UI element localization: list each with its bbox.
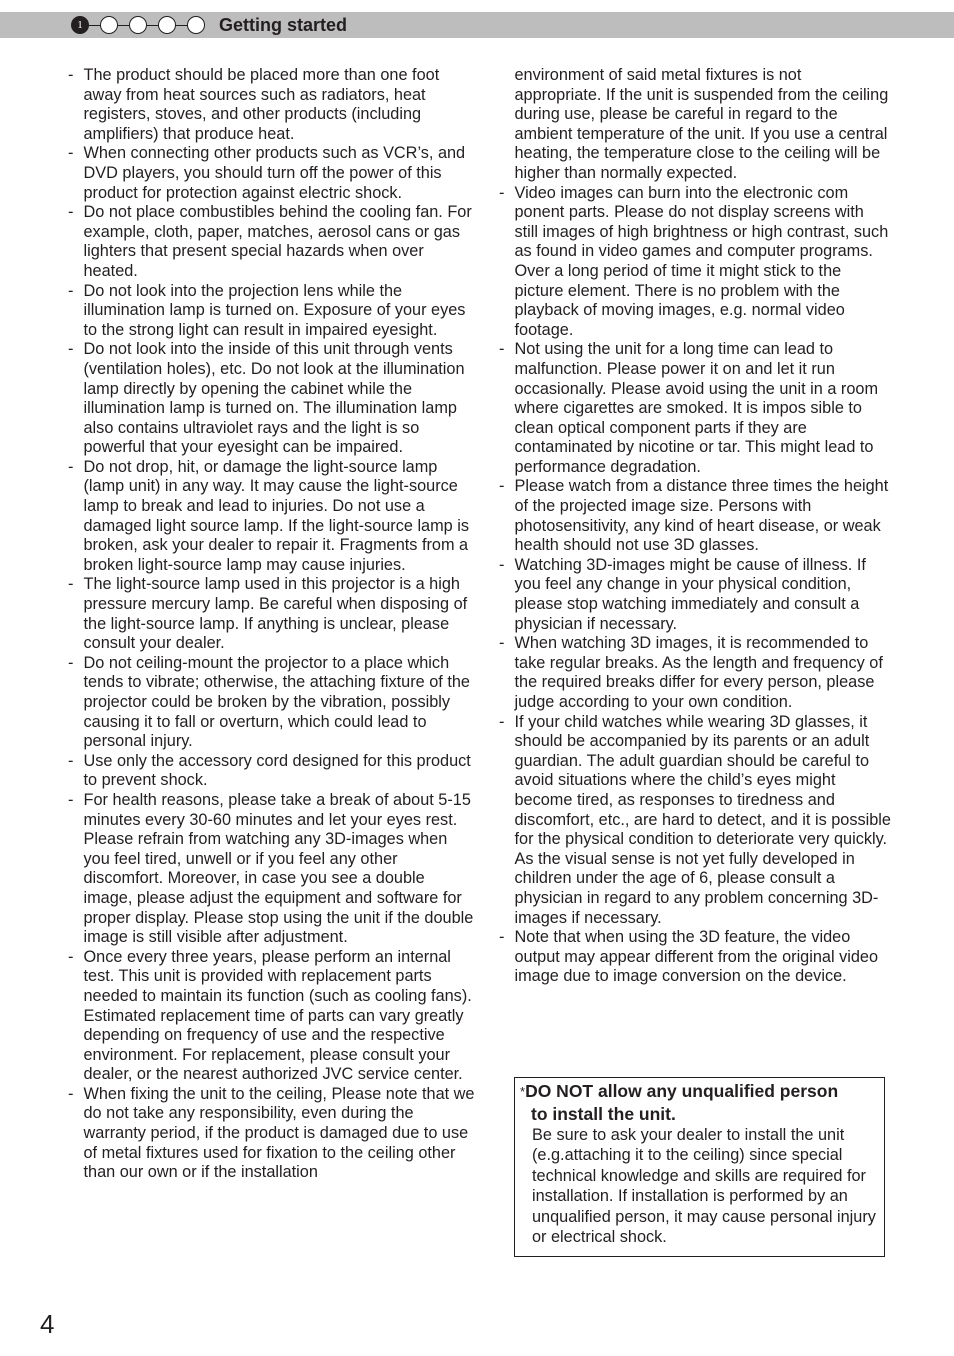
list-item-text: Do not look into the projection lens whi… [84, 282, 466, 339]
list-item-text: Use only the accessory cord designed for… [84, 752, 471, 790]
bullet-dash: - [499, 184, 504, 204]
list-item-text: Watching 3D-images might be cause of ill… [515, 556, 866, 633]
list-item: -Do not drop, hit, or damage the light-s… [68, 458, 478, 576]
list-item: -When watching 3D images, it is recommen… [499, 634, 891, 712]
bullet-dash: - [68, 791, 73, 811]
notice-title: *DO NOT allow any unqualified person to … [520, 1080, 880, 1126]
bullet-dash: - [499, 477, 504, 497]
bullet-dash: - [499, 340, 504, 360]
bullet-dash: - [68, 282, 73, 302]
bullet-dash: - [499, 928, 504, 948]
list-item: -When fixing the unit to the ceiling, Pl… [68, 1085, 478, 1183]
list-item: -Video images can burn into the electron… [499, 184, 891, 341]
list-item: -Do not look into the projection lens wh… [68, 282, 478, 341]
list-item-text: The product should be placed more than o… [84, 66, 440, 143]
list-item: -Use only the accessory cord designed fo… [68, 752, 478, 791]
bullet-dash: - [68, 575, 73, 595]
list-item-text: Note that when using the 3D feature, the… [515, 928, 879, 985]
list-item: -Once every three years, please perform … [68, 948, 478, 1085]
notice-body: Be sure to ask your dealer to install th… [532, 1125, 882, 1247]
list-item: -If your child watches while wearing 3D … [499, 713, 891, 929]
list-item: -Do not look into the inside of this uni… [68, 340, 478, 458]
list-item-text: When connecting other products such as V… [84, 144, 466, 201]
list-item: -Note that when using the 3D feature, th… [499, 928, 891, 987]
list-item-continuation: environment of said metal fixtures is no… [499, 66, 891, 184]
list-item-text: Do not place combustibles behind the coo… [84, 203, 472, 280]
section-header-bar: 1 Getting started [0, 12, 954, 38]
warning-notice-box: *DO NOT allow any unqualified person to … [514, 1077, 885, 1257]
list-item: -Watching 3D-images might be cause of il… [499, 556, 891, 634]
list-item-text: When fixing the unit to the ceiling, Ple… [84, 1085, 475, 1181]
bullet-dash: - [68, 752, 73, 772]
list-item: -Not using the unit for a long time can … [499, 340, 891, 477]
list-item-text: Do not look into the inside of this unit… [84, 340, 465, 456]
step-5-circle-icon [187, 16, 205, 34]
list-item-text: The light-source lamp used in this proje… [84, 575, 468, 652]
section-title: Getting started [219, 14, 347, 36]
list-item-text: Not using the unit for a long time can l… [515, 340, 879, 476]
bullet-dash: - [68, 1085, 73, 1105]
list-item-text: Do not drop, hit, or damage the light-so… [84, 458, 470, 574]
list-item: -The product should be placed more than … [68, 66, 478, 144]
right-column: environment of said metal fixtures is no… [499, 66, 891, 987]
bullet-dash: - [68, 144, 73, 164]
notice-title-line1: DO NOT allow any unqualified person [525, 1081, 838, 1101]
step-3-circle-icon [129, 16, 147, 34]
left-column: -The product should be placed more than … [68, 66, 478, 1183]
bullet-dash: - [499, 634, 504, 654]
list-item: -When connecting other products such as … [68, 144, 478, 203]
list-item: -For health reasons, please take a break… [68, 791, 478, 948]
bullet-dash: - [68, 203, 73, 223]
bullet-dash: - [68, 458, 73, 478]
list-item-text: Do not ceiling-mount the projector to a … [84, 654, 470, 750]
list-item-text: If your child watches while wearing 3D g… [515, 713, 891, 927]
list-item-text: Once every three years, please perform a… [84, 948, 472, 1084]
list-item: -Do not ceiling-mount the projector to a… [68, 654, 478, 752]
bullet-dash: - [68, 340, 73, 360]
list-item-text: Please watch from a distance three times… [515, 477, 889, 554]
list-item: -Please watch from a distance three time… [499, 477, 891, 555]
list-item-text: Video images can burn into the electroni… [515, 184, 889, 339]
step-1-circle-icon: 1 [71, 16, 89, 34]
bullet-dash: - [499, 713, 504, 733]
notice-title-line2: to install the unit. [520, 1103, 880, 1126]
list-item-text: For health reasons, please take a break … [84, 791, 474, 946]
bullet-dash: - [68, 66, 73, 86]
bullet-dash: - [68, 948, 73, 968]
bullet-dash: - [499, 556, 504, 576]
step-indicator: 1 [71, 16, 211, 34]
page-number: 4 [40, 1309, 54, 1339]
list-item: -The light-source lamp used in this proj… [68, 575, 478, 653]
list-item-text: When watching 3D images, it is recommend… [515, 634, 883, 711]
step-2-circle-icon [100, 16, 118, 34]
bullet-dash: - [68, 654, 73, 674]
list-item: -Do not place combustibles behind the co… [68, 203, 478, 281]
step-4-circle-icon [158, 16, 176, 34]
